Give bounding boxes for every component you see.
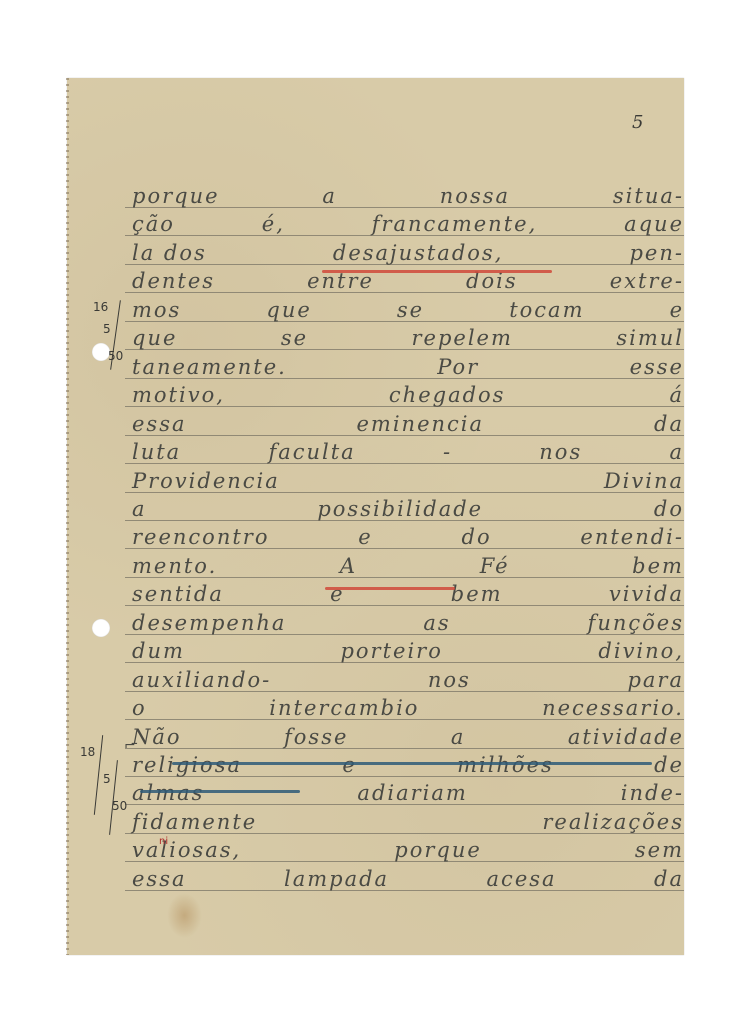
word: esse bbox=[630, 354, 684, 380]
word: as bbox=[423, 610, 450, 636]
word: do bbox=[462, 524, 492, 550]
text-line: almasadiariaminde- bbox=[132, 780, 684, 806]
red-underline-a-fe bbox=[325, 587, 455, 590]
text-line: dumporteirodivino, bbox=[132, 638, 684, 664]
word: situa- bbox=[613, 183, 684, 209]
word: se bbox=[397, 297, 424, 323]
word: nos bbox=[428, 667, 471, 693]
text-line: ointercambionecessario. bbox=[132, 695, 684, 721]
word: Não bbox=[132, 724, 182, 750]
word: nossa bbox=[440, 183, 510, 209]
text-line: valiosas,porquesem bbox=[132, 837, 684, 863]
word: la dos bbox=[132, 240, 207, 266]
word: aque bbox=[624, 211, 684, 237]
text-line: taneamente.Poresse bbox=[132, 354, 684, 380]
margin-date-month-1: 5 bbox=[103, 322, 111, 336]
word: auxiliando- bbox=[132, 667, 271, 693]
word: e bbox=[342, 752, 356, 778]
word: - bbox=[443, 439, 452, 465]
text-line: ProvidenciaDivina bbox=[132, 468, 684, 494]
punch-hole-bottom bbox=[92, 619, 110, 637]
text-line: Nãofosseaatividade bbox=[132, 724, 684, 750]
word: fidamente bbox=[132, 809, 257, 835]
text-line: mosquesetocame bbox=[132, 297, 684, 323]
word: porque bbox=[394, 837, 482, 863]
word: e bbox=[358, 524, 372, 550]
word: se bbox=[281, 325, 308, 351]
text-line: desempenhaasfunções bbox=[132, 610, 684, 636]
word: essa bbox=[132, 866, 187, 892]
word: essa bbox=[132, 411, 187, 437]
page-number: 5 bbox=[632, 112, 643, 133]
word: á bbox=[669, 382, 684, 408]
word: luta bbox=[132, 439, 181, 465]
word: reencontro bbox=[132, 524, 269, 550]
word: sentida bbox=[132, 581, 224, 607]
word: do bbox=[654, 496, 684, 522]
word: repelem bbox=[412, 325, 513, 351]
word: mos bbox=[132, 297, 181, 323]
word: bem bbox=[632, 553, 684, 579]
word: pen- bbox=[629, 240, 684, 266]
margin-date-month-2: 5 bbox=[103, 772, 111, 786]
word: taneamente. bbox=[132, 354, 287, 380]
word: o bbox=[132, 695, 147, 721]
word: intercambio bbox=[269, 695, 419, 721]
word: mento. bbox=[132, 553, 217, 579]
word: Por bbox=[437, 354, 479, 380]
text-line: çãoé,francamente,aque bbox=[132, 211, 684, 237]
word: possibilidade bbox=[317, 496, 483, 522]
word: da bbox=[654, 866, 684, 892]
text-line: apossibilidadedo bbox=[132, 496, 684, 522]
word: Divina bbox=[604, 468, 684, 494]
word: nos bbox=[539, 439, 582, 465]
word: valiosas, bbox=[132, 837, 241, 863]
word: bem bbox=[451, 581, 503, 607]
word: divino, bbox=[598, 638, 684, 664]
word: acesa bbox=[487, 866, 557, 892]
word: sem bbox=[635, 837, 684, 863]
word: almas bbox=[132, 780, 204, 806]
paragraph-mark: ⌐ bbox=[124, 738, 136, 754]
word: inde- bbox=[621, 780, 684, 806]
word: lampada bbox=[284, 866, 389, 892]
text-line: porqueanossasitua- bbox=[132, 183, 684, 209]
text-line: fidamenterealizações bbox=[132, 809, 684, 835]
text-line: la dosdesajustados,pen- bbox=[132, 240, 684, 266]
word: de bbox=[654, 752, 684, 778]
word: necessario. bbox=[542, 695, 684, 721]
red-underline-desajustados bbox=[322, 270, 552, 273]
text-line: reencontroedoentendi- bbox=[132, 524, 684, 550]
word: religiosa bbox=[132, 752, 242, 778]
text-line: queserepelemsimul bbox=[132, 325, 684, 351]
word: a bbox=[451, 724, 466, 750]
word: e bbox=[670, 297, 684, 323]
word: milhões bbox=[457, 752, 554, 778]
word: porque bbox=[132, 183, 220, 209]
word: que bbox=[266, 297, 311, 323]
word: chegados bbox=[389, 382, 506, 408]
word: desempenha bbox=[132, 610, 286, 636]
paper-stain bbox=[167, 893, 202, 938]
word: e bbox=[330, 581, 344, 607]
text-line: lutafaculta-nosa bbox=[132, 439, 684, 465]
text-line: mento.AFébem bbox=[132, 553, 684, 579]
word: que bbox=[132, 325, 177, 351]
word: adiariam bbox=[357, 780, 467, 806]
word: é, bbox=[262, 211, 285, 237]
word: A bbox=[340, 553, 357, 579]
word: entendi- bbox=[580, 524, 684, 550]
word: da bbox=[654, 411, 684, 437]
word: a bbox=[669, 439, 684, 465]
text-line: sentidaebemvivida bbox=[132, 581, 684, 607]
word: fosse bbox=[284, 724, 348, 750]
word: porteiro bbox=[340, 638, 442, 664]
text-line: religiosaemilhõesde bbox=[132, 752, 684, 778]
word: funções bbox=[588, 610, 684, 636]
word: desajustados, bbox=[333, 240, 503, 266]
word: realizações bbox=[542, 809, 684, 835]
word: a bbox=[322, 183, 337, 209]
text-line: auxiliando-nospara bbox=[132, 667, 684, 693]
word: atividade bbox=[568, 724, 684, 750]
margin-date-day-2: 18 bbox=[80, 745, 95, 759]
word: extre- bbox=[610, 268, 684, 294]
word: Providencia bbox=[132, 468, 280, 494]
word: a bbox=[132, 496, 147, 522]
word: tocam bbox=[509, 297, 584, 323]
text-line: essalampadaacesada bbox=[132, 866, 684, 892]
word: para bbox=[627, 667, 684, 693]
word: Fé bbox=[480, 553, 510, 579]
word: faculta bbox=[268, 439, 355, 465]
word: dentes bbox=[132, 268, 215, 294]
word: ção bbox=[132, 211, 175, 237]
text-line: essaeminenciada bbox=[132, 411, 684, 437]
text-line: motivo,chegadosá bbox=[132, 382, 684, 408]
word: vivida bbox=[609, 581, 684, 607]
word: francamente, bbox=[372, 211, 538, 237]
margin-date-day-1: 16 bbox=[93, 300, 108, 314]
word: dum bbox=[132, 638, 185, 664]
blue-underline-atividade bbox=[172, 762, 652, 765]
word: motivo, bbox=[132, 382, 225, 408]
blue-underline-religiosa bbox=[140, 790, 300, 793]
word: simul bbox=[616, 325, 684, 351]
red-insertion: ni bbox=[159, 836, 168, 847]
word: eminencia bbox=[357, 411, 485, 437]
margin-date-year-2: 50 bbox=[112, 799, 127, 813]
